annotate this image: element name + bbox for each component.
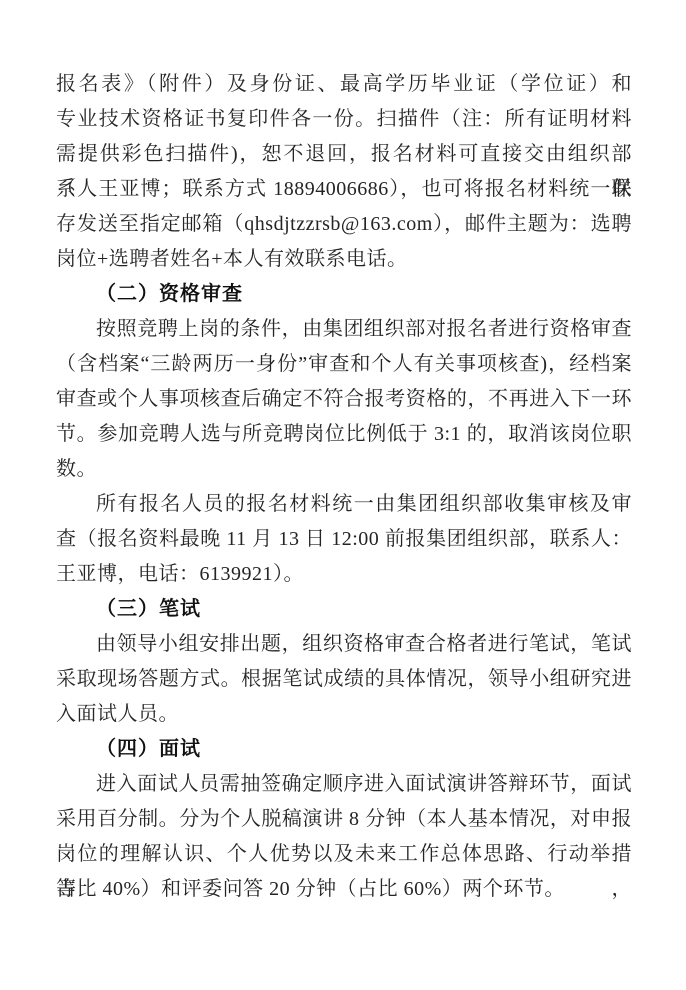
- text-line: 数。: [56, 452, 632, 487]
- text-line: 查（报名资料最晚 11 月 13 日 12:00 前报集团组织部，联系人：: [56, 522, 632, 557]
- text-line: 节。参加竞聘人选与所竞聘岗位比例低于 3:1 的，取消该岗位职: [56, 417, 632, 452]
- text-line: 占比 40%）和评委问答 20 分钟（占比 60%）两个环节。: [56, 872, 632, 907]
- text-line: 按照竞聘上岗的条件，由集团组织部对报名者进行资格审查: [56, 312, 632, 347]
- text-line: 专业技术资格证书复印件各一份。扫描件（注：所有证明材料: [56, 102, 632, 137]
- text-line: 岗位+选聘者姓名+本人有效联系电话。: [56, 242, 632, 277]
- text-line: 报名表》（附件）及身份证、最高学历毕业证（学位证）和: [56, 67, 632, 102]
- document-page: 报名表》（附件）及身份证、最高学历毕业证（学位证）和专业技术资格证书复印件各一份…: [0, 0, 686, 990]
- text-line: 审查或个人事项核查后确定不符合报考资格的，不再进入下一环: [56, 382, 632, 417]
- text-line: 所有报名人员的报名材料统一由集团组织部收集审核及审: [56, 487, 632, 522]
- section-heading: （二）资格审查: [56, 277, 632, 312]
- text-line: 系人王亚博；联系方式 18894006686），也可将报名材料统一保: [56, 172, 632, 207]
- section-heading: （三）笔试: [56, 592, 632, 627]
- text-line: 岗位的理解认识、个人优势以及未来工作总体思路、行动举措等，: [56, 837, 632, 872]
- text-line: 由领导小组安排出题，组织资格审查合格者进行笔试，笔试: [56, 627, 632, 662]
- text-line: （含档案“三龄两历一身份”审查和个人有关事项核查)，经档案: [56, 347, 632, 382]
- text-line: 进入面试人员需抽签确定顺序进入面试演讲答辩环节，面试: [56, 767, 632, 802]
- text-line: 采取现场答题方式。根据笔试成绩的具体情况，领导小组研究进: [56, 662, 632, 697]
- text-line: 需提供彩色扫描件)，恕不退回，报名材料可直接交由组织部（联: [56, 137, 632, 172]
- text-line: 入面试人员。: [56, 697, 632, 732]
- text-line: 采用百分制。分为个人脱稿演讲 8 分钟（本人基本情况，对申报: [56, 802, 632, 837]
- document-page-content: 报名表》（附件）及身份证、最高学历毕业证（学位证）和专业技术资格证书复印件各一份…: [56, 67, 632, 907]
- text-line: 存发送至指定邮箱（qhsdjtzzrsb@163.com），邮件主题为：选聘: [56, 207, 632, 242]
- section-heading: （四）面试: [56, 732, 632, 767]
- text-line: 王亚博，电话：6139921）。: [56, 557, 632, 592]
